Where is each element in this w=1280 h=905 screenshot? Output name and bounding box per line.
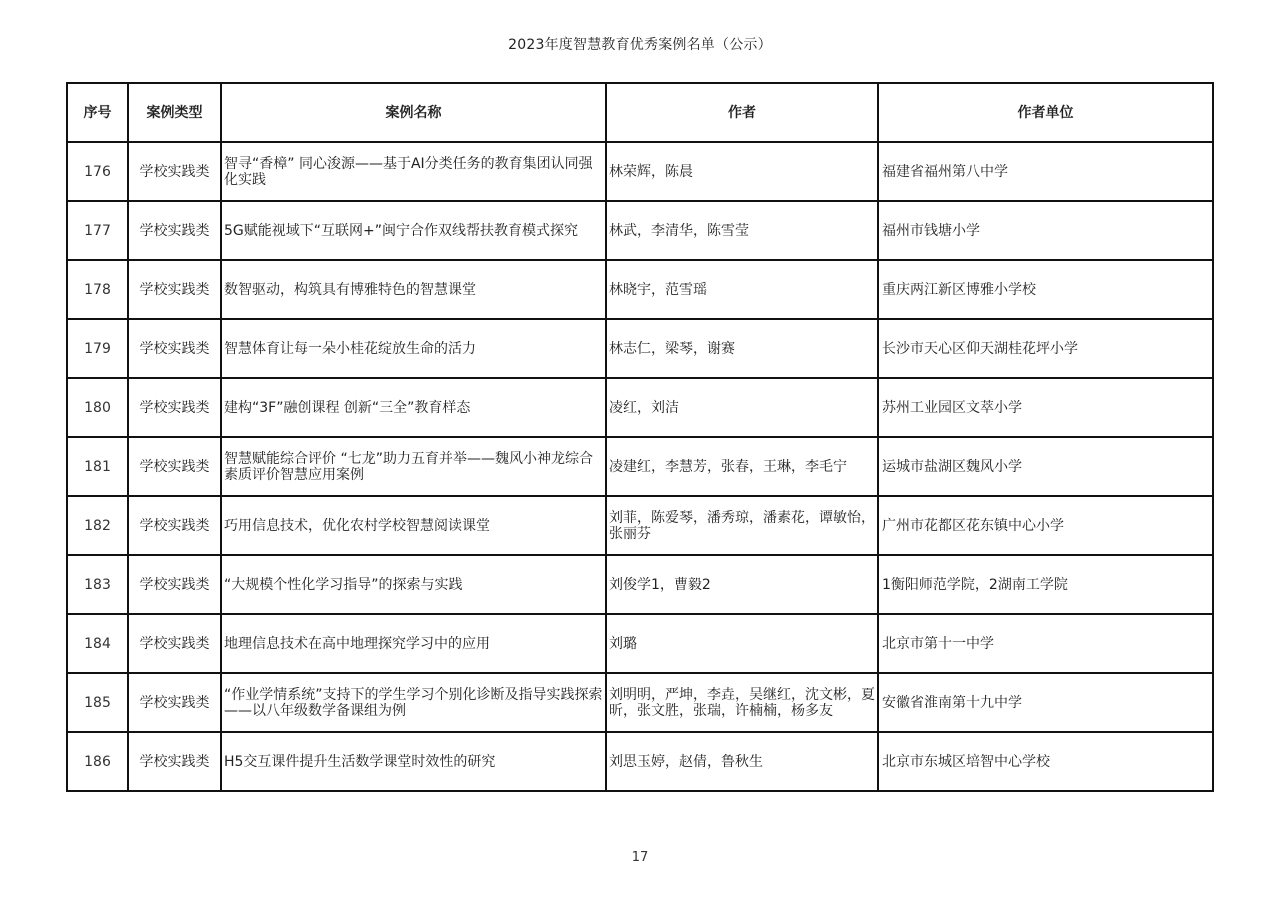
cell-author-unit: 苏州工业园区文萃小学 [878, 378, 1213, 437]
cell-author-unit: 运城市盐湖区魏风小学 [878, 437, 1213, 496]
cell-author: 凌红，刘洁 [606, 378, 878, 437]
cell-serial-number: 176 [67, 142, 128, 201]
cell-case-type: 学校实践类 [128, 319, 221, 378]
table-row: 185 学校实践类 “作业学情系统”支持下的学生学习个别化诊断及指导实践探索——… [67, 673, 1213, 732]
cell-serial-number: 184 [67, 614, 128, 673]
cell-author-unit: 北京市第十一中学 [878, 614, 1213, 673]
cell-author: 刘明明，严坤，李垚，吴继红，沈文彬，夏昕，张文胜，张瑞，许楠楠，杨多友 [606, 673, 878, 732]
cell-author: 林荣辉，陈晨 [606, 142, 878, 201]
cell-case-type: 学校实践类 [128, 673, 221, 732]
table-row: 184 学校实践类 地理信息技术在高中地理探究学习中的应用 刘璐 北京市第十一中… [67, 614, 1213, 673]
cell-author-unit: 北京市东城区培智中心学校 [878, 732, 1213, 791]
table-row: 181 学校实践类 智慧赋能综合评价 “七龙”助力五育并举——魏风小神龙综合素质… [67, 437, 1213, 496]
cell-case-name: “大规模个性化学习指导”的探索与实践 [221, 555, 606, 614]
table-body: 176 学校实践类 智寻“香樟” 同心浚源——基于AI分类任务的教育集团认同强化… [67, 142, 1213, 791]
cell-author: 林晓宇，范雪瑶 [606, 260, 878, 319]
cell-author-unit: 长沙市天心区仰天湖桂花坪小学 [878, 319, 1213, 378]
header-row: 序号 案例类型 案例名称 作者 作者单位 [67, 83, 1213, 142]
cell-serial-number: 186 [67, 732, 128, 791]
document-title: 2023年度智慧教育优秀案例名单（公示） [0, 34, 1280, 54]
cell-case-type: 学校实践类 [128, 437, 221, 496]
cell-case-type: 学校实践类 [128, 378, 221, 437]
cell-serial-number: 178 [67, 260, 128, 319]
cell-case-type: 学校实践类 [128, 142, 221, 201]
header-author: 作者 [606, 83, 878, 142]
cell-serial-number: 183 [67, 555, 128, 614]
cell-case-name: 地理信息技术在高中地理探究学习中的应用 [221, 614, 606, 673]
header-author-unit: 作者单位 [878, 83, 1213, 142]
cell-author: 刘俊学1，曹毅2 [606, 555, 878, 614]
cell-serial-number: 179 [67, 319, 128, 378]
cell-serial-number: 182 [67, 496, 128, 555]
header-case-name: 案例名称 [221, 83, 606, 142]
case-list-table: 序号 案例类型 案例名称 作者 作者单位 176 学校实践类 智寻“香樟” 同心… [66, 82, 1214, 792]
cell-case-name: 建构“3F”融创课程 创新“三全”教育样态 [221, 378, 606, 437]
table-row: 186 学校实践类 H5交互课件提升生活数学课堂时效性的研究 刘思玉婷，赵倩，鲁… [67, 732, 1213, 791]
cell-case-type: 学校实践类 [128, 555, 221, 614]
table-row: 183 学校实践类 “大规模个性化学习指导”的探索与实践 刘俊学1，曹毅2 1衡… [67, 555, 1213, 614]
cell-case-name: H5交互课件提升生活数学课堂时效性的研究 [221, 732, 606, 791]
cell-case-type: 学校实践类 [128, 201, 221, 260]
cell-serial-number: 177 [67, 201, 128, 260]
cell-author: 林武，李清华，陈雪莹 [606, 201, 878, 260]
cell-author-unit: 1衡阳师范学院，2湖南工学院 [878, 555, 1213, 614]
cell-case-name: 5G赋能视域下“互联网+”闽宁合作双线帮扶教育模式探究 [221, 201, 606, 260]
cell-serial-number: 185 [67, 673, 128, 732]
cell-case-type: 学校实践类 [128, 496, 221, 555]
cell-author-unit: 福州市钱塘小学 [878, 201, 1213, 260]
cell-case-type: 学校实践类 [128, 732, 221, 791]
cell-case-name: 智慧体育让每一朵小桂花绽放生命的活力 [221, 319, 606, 378]
cell-case-type: 学校实践类 [128, 614, 221, 673]
case-list-table-container: 序号 案例类型 案例名称 作者 作者单位 176 学校实践类 智寻“香樟” 同心… [66, 82, 1212, 792]
cell-case-name: 数智驱动，构筑具有博雅特色的智慧课堂 [221, 260, 606, 319]
cell-case-name: 巧用信息技术，优化农村学校智慧阅读课堂 [221, 496, 606, 555]
cell-author-unit: 重庆两江新区博雅小学校 [878, 260, 1213, 319]
cell-author: 凌建红，李慧芳，张春，王琳，李毛宁 [606, 437, 878, 496]
table-row: 180 学校实践类 建构“3F”融创课程 创新“三全”教育样态 凌红，刘洁 苏州… [67, 378, 1213, 437]
table-row: 177 学校实践类 5G赋能视域下“互联网+”闽宁合作双线帮扶教育模式探究 林武… [67, 201, 1213, 260]
cell-author-unit: 安徽省淮南第十九中学 [878, 673, 1213, 732]
cell-serial-number: 180 [67, 378, 128, 437]
cell-author: 刘璐 [606, 614, 878, 673]
header-serial-number: 序号 [67, 83, 128, 142]
cell-author: 刘菲，陈爱琴，潘秀琼，潘素花，谭敏怡，张丽芬 [606, 496, 878, 555]
cell-author: 林志仁，梁琴，谢赛 [606, 319, 878, 378]
cell-case-type: 学校实践类 [128, 260, 221, 319]
table-row: 178 学校实践类 数智驱动，构筑具有博雅特色的智慧课堂 林晓宇，范雪瑶 重庆两… [67, 260, 1213, 319]
header-case-type: 案例类型 [128, 83, 221, 142]
cell-author: 刘思玉婷，赵倩，鲁秋生 [606, 732, 878, 791]
cell-author-unit: 福建省福州第八中学 [878, 142, 1213, 201]
cell-serial-number: 181 [67, 437, 128, 496]
cell-case-name: 智寻“香樟” 同心浚源——基于AI分类任务的教育集团认同强化实践 [221, 142, 606, 201]
cell-case-name: “作业学情系统”支持下的学生学习个别化诊断及指导实践探索——以八年级数学备课组为… [221, 673, 606, 732]
table-row: 182 学校实践类 巧用信息技术，优化农村学校智慧阅读课堂 刘菲，陈爱琴，潘秀琼… [67, 496, 1213, 555]
cell-case-name: 智慧赋能综合评价 “七龙”助力五育并举——魏风小神龙综合素质评价智慧应用案例 [221, 437, 606, 496]
table-row: 176 学校实践类 智寻“香樟” 同心浚源——基于AI分类任务的教育集团认同强化… [67, 142, 1213, 201]
table-row: 179 学校实践类 智慧体育让每一朵小桂花绽放生命的活力 林志仁，梁琴，谢赛 长… [67, 319, 1213, 378]
cell-author-unit: 广州市花都区花东镇中心小学 [878, 496, 1213, 555]
page-number: 17 [0, 850, 1280, 865]
table-header: 序号 案例类型 案例名称 作者 作者单位 [67, 83, 1213, 142]
